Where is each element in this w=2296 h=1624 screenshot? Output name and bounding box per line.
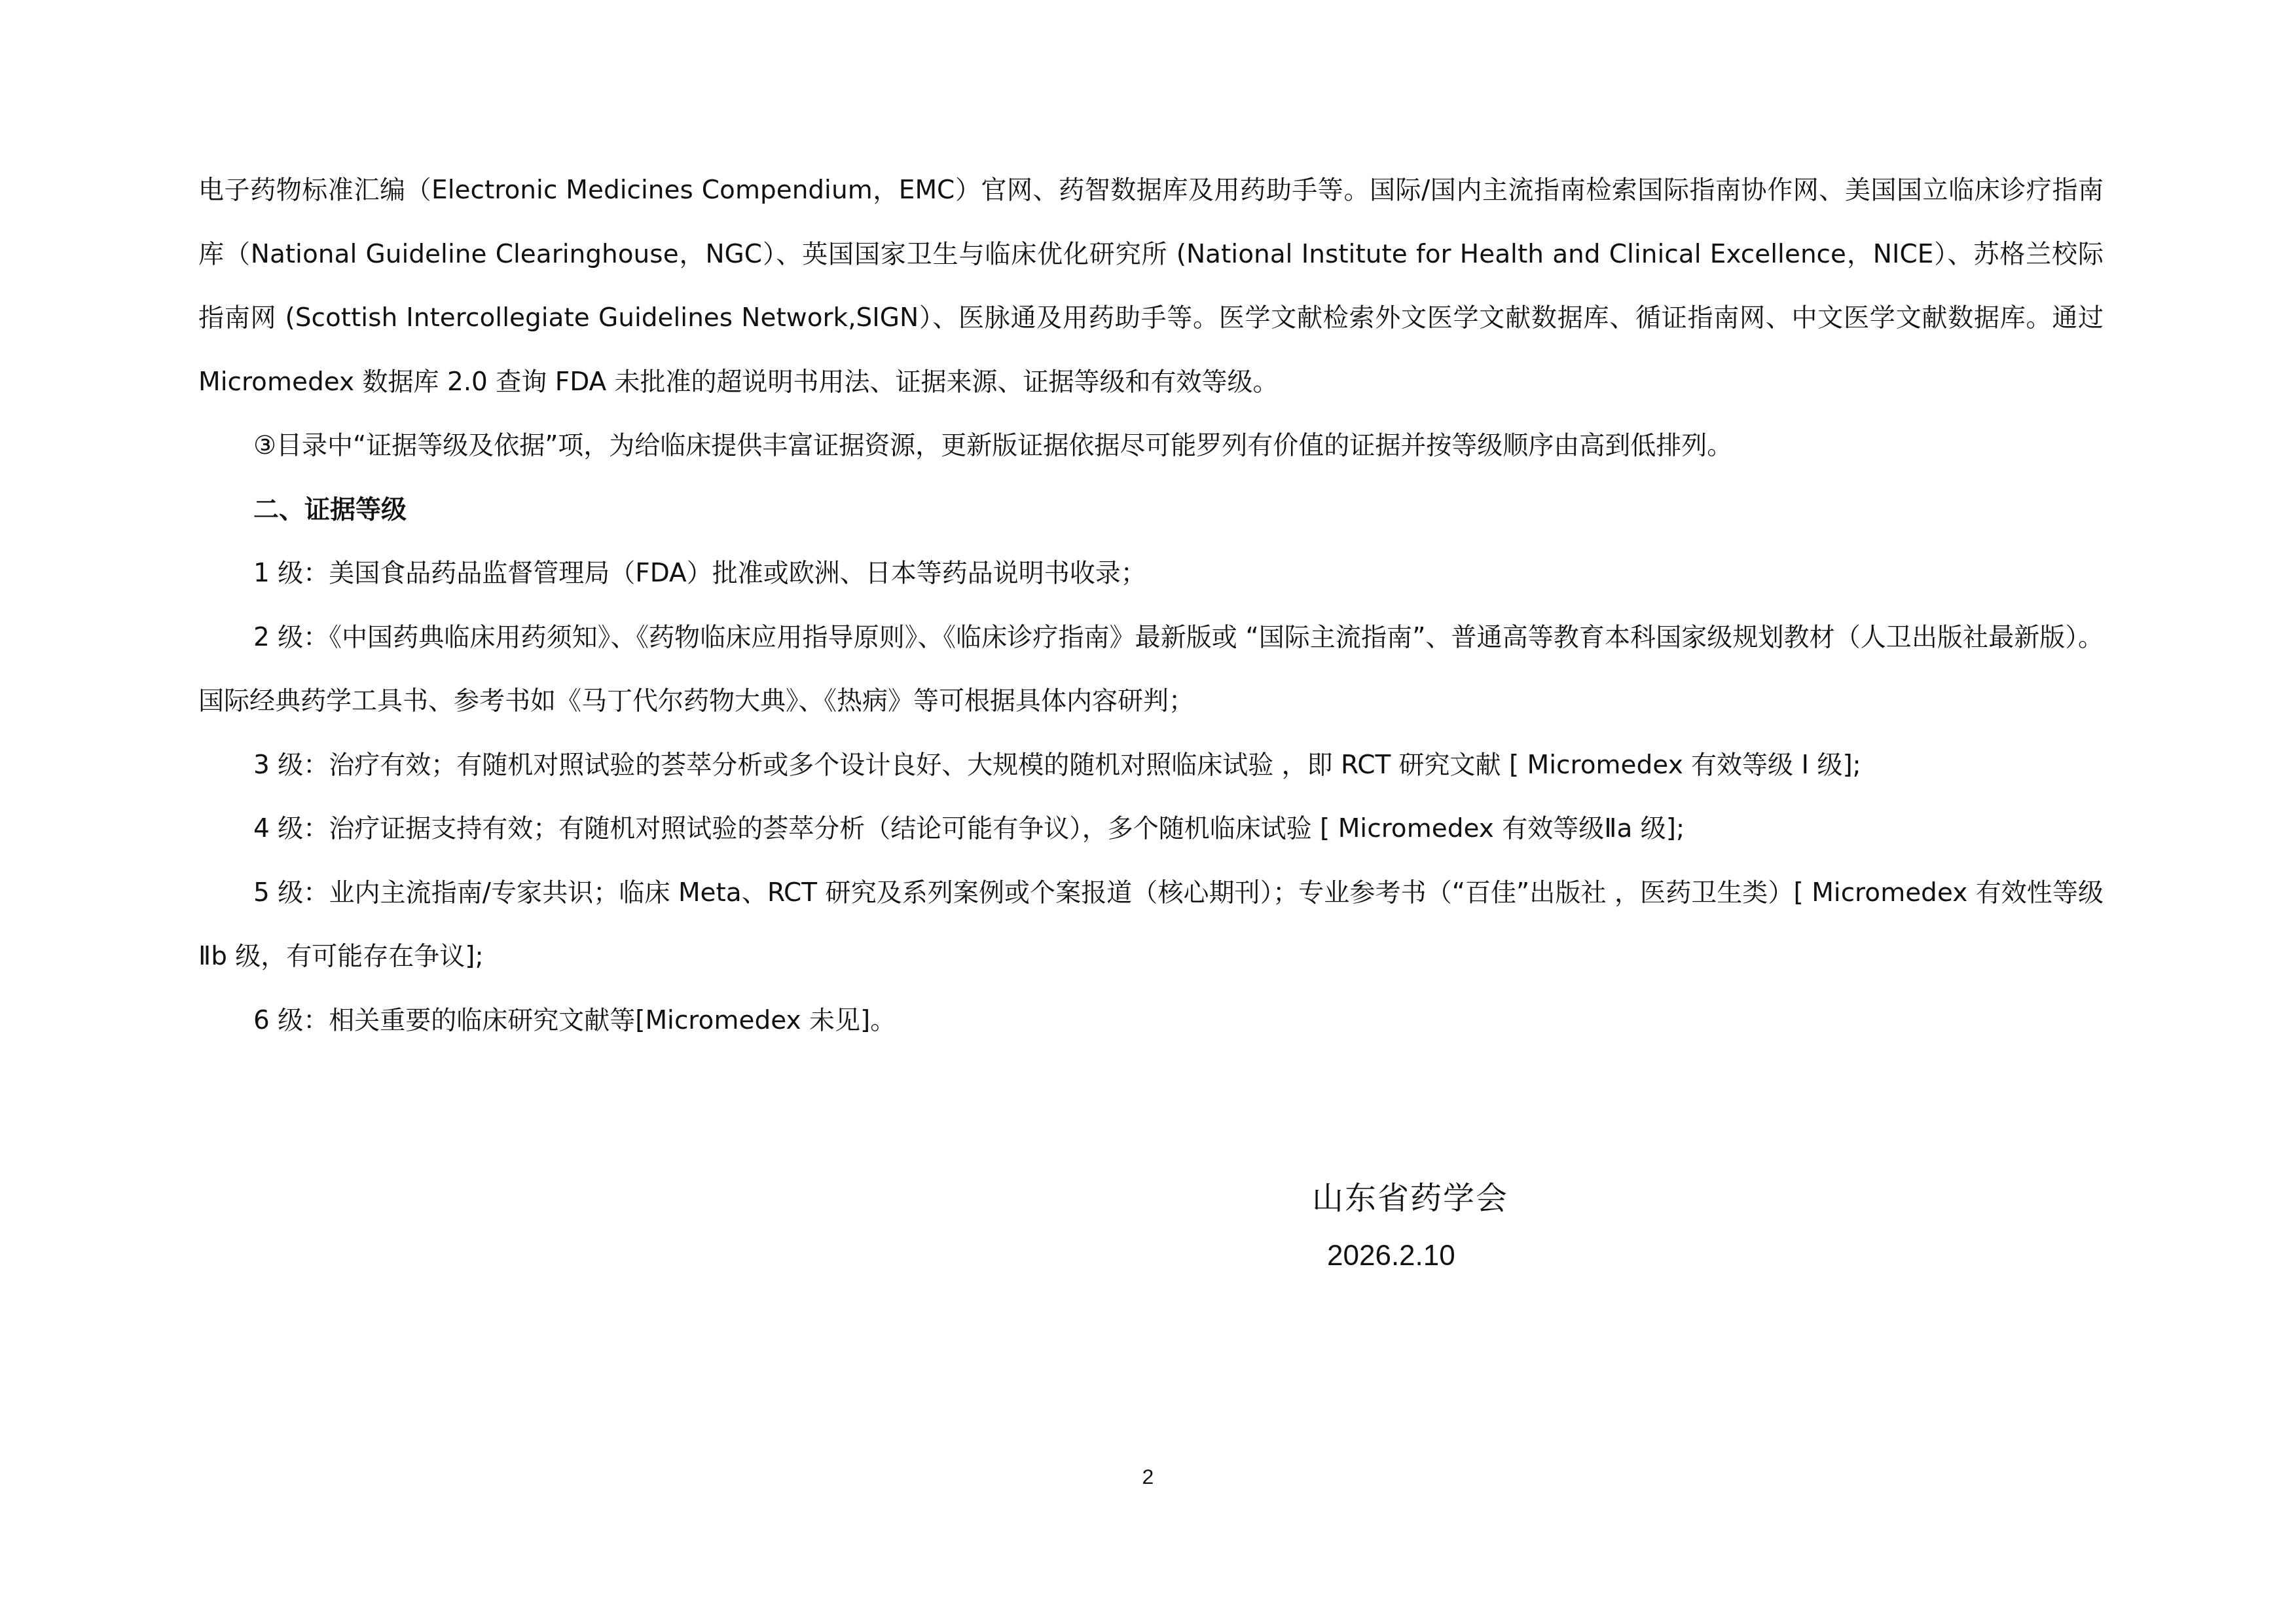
paragraph-evidence-note: ③目录中“证据等级及依据”项，为给临床提供丰富证据资源，更新版证据依据尽可能罗列… <box>198 414 2104 478</box>
paragraph-database-sources: 电子药物标准汇编（Electronic Medicines Compendium… <box>198 158 2104 414</box>
evidence-level-5: 5 级：业内主流指南/专家共识；临床 Meta、RCT 研究及系列案例或个案报道… <box>198 861 2104 989</box>
document-body: 电子药物标准汇编（Electronic Medicines Compendium… <box>198 158 2104 1052</box>
section-heading-evidence-levels: 二、证据等级 <box>198 478 2104 542</box>
evidence-level-6: 6 级：相关重要的临床研究文献等[Micromedex 未见]。 <box>198 989 2104 1053</box>
evidence-level-4: 4 级：治疗证据支持有效；有随机对照试验的荟萃分析（结论可能有争议），多个随机临… <box>198 797 2104 861</box>
evidence-level-3: 3 级：治疗有效；有随机对照试验的荟萃分析或多个设计良好、大规模的随机对照临床试… <box>198 733 2104 798</box>
document-page: 电子药物标准汇编（Electronic Medicines Compendium… <box>0 0 2296 1624</box>
evidence-level-2: 2 级：《中国药典临床用药须知》、《药物临床应用指导原则》、《临床诊疗指南》最新… <box>198 606 2104 733</box>
signature-organization: 山东省药学会 <box>1312 1179 1508 1218</box>
signature-date: 2026.2.10 <box>1327 1238 1455 1274</box>
evidence-level-1: 1 级：美国食品药品监督管理局（FDA）批准或欧洲、日本等药品说明书收录； <box>198 542 2104 606</box>
page-number: 2 <box>0 1464 2296 1490</box>
